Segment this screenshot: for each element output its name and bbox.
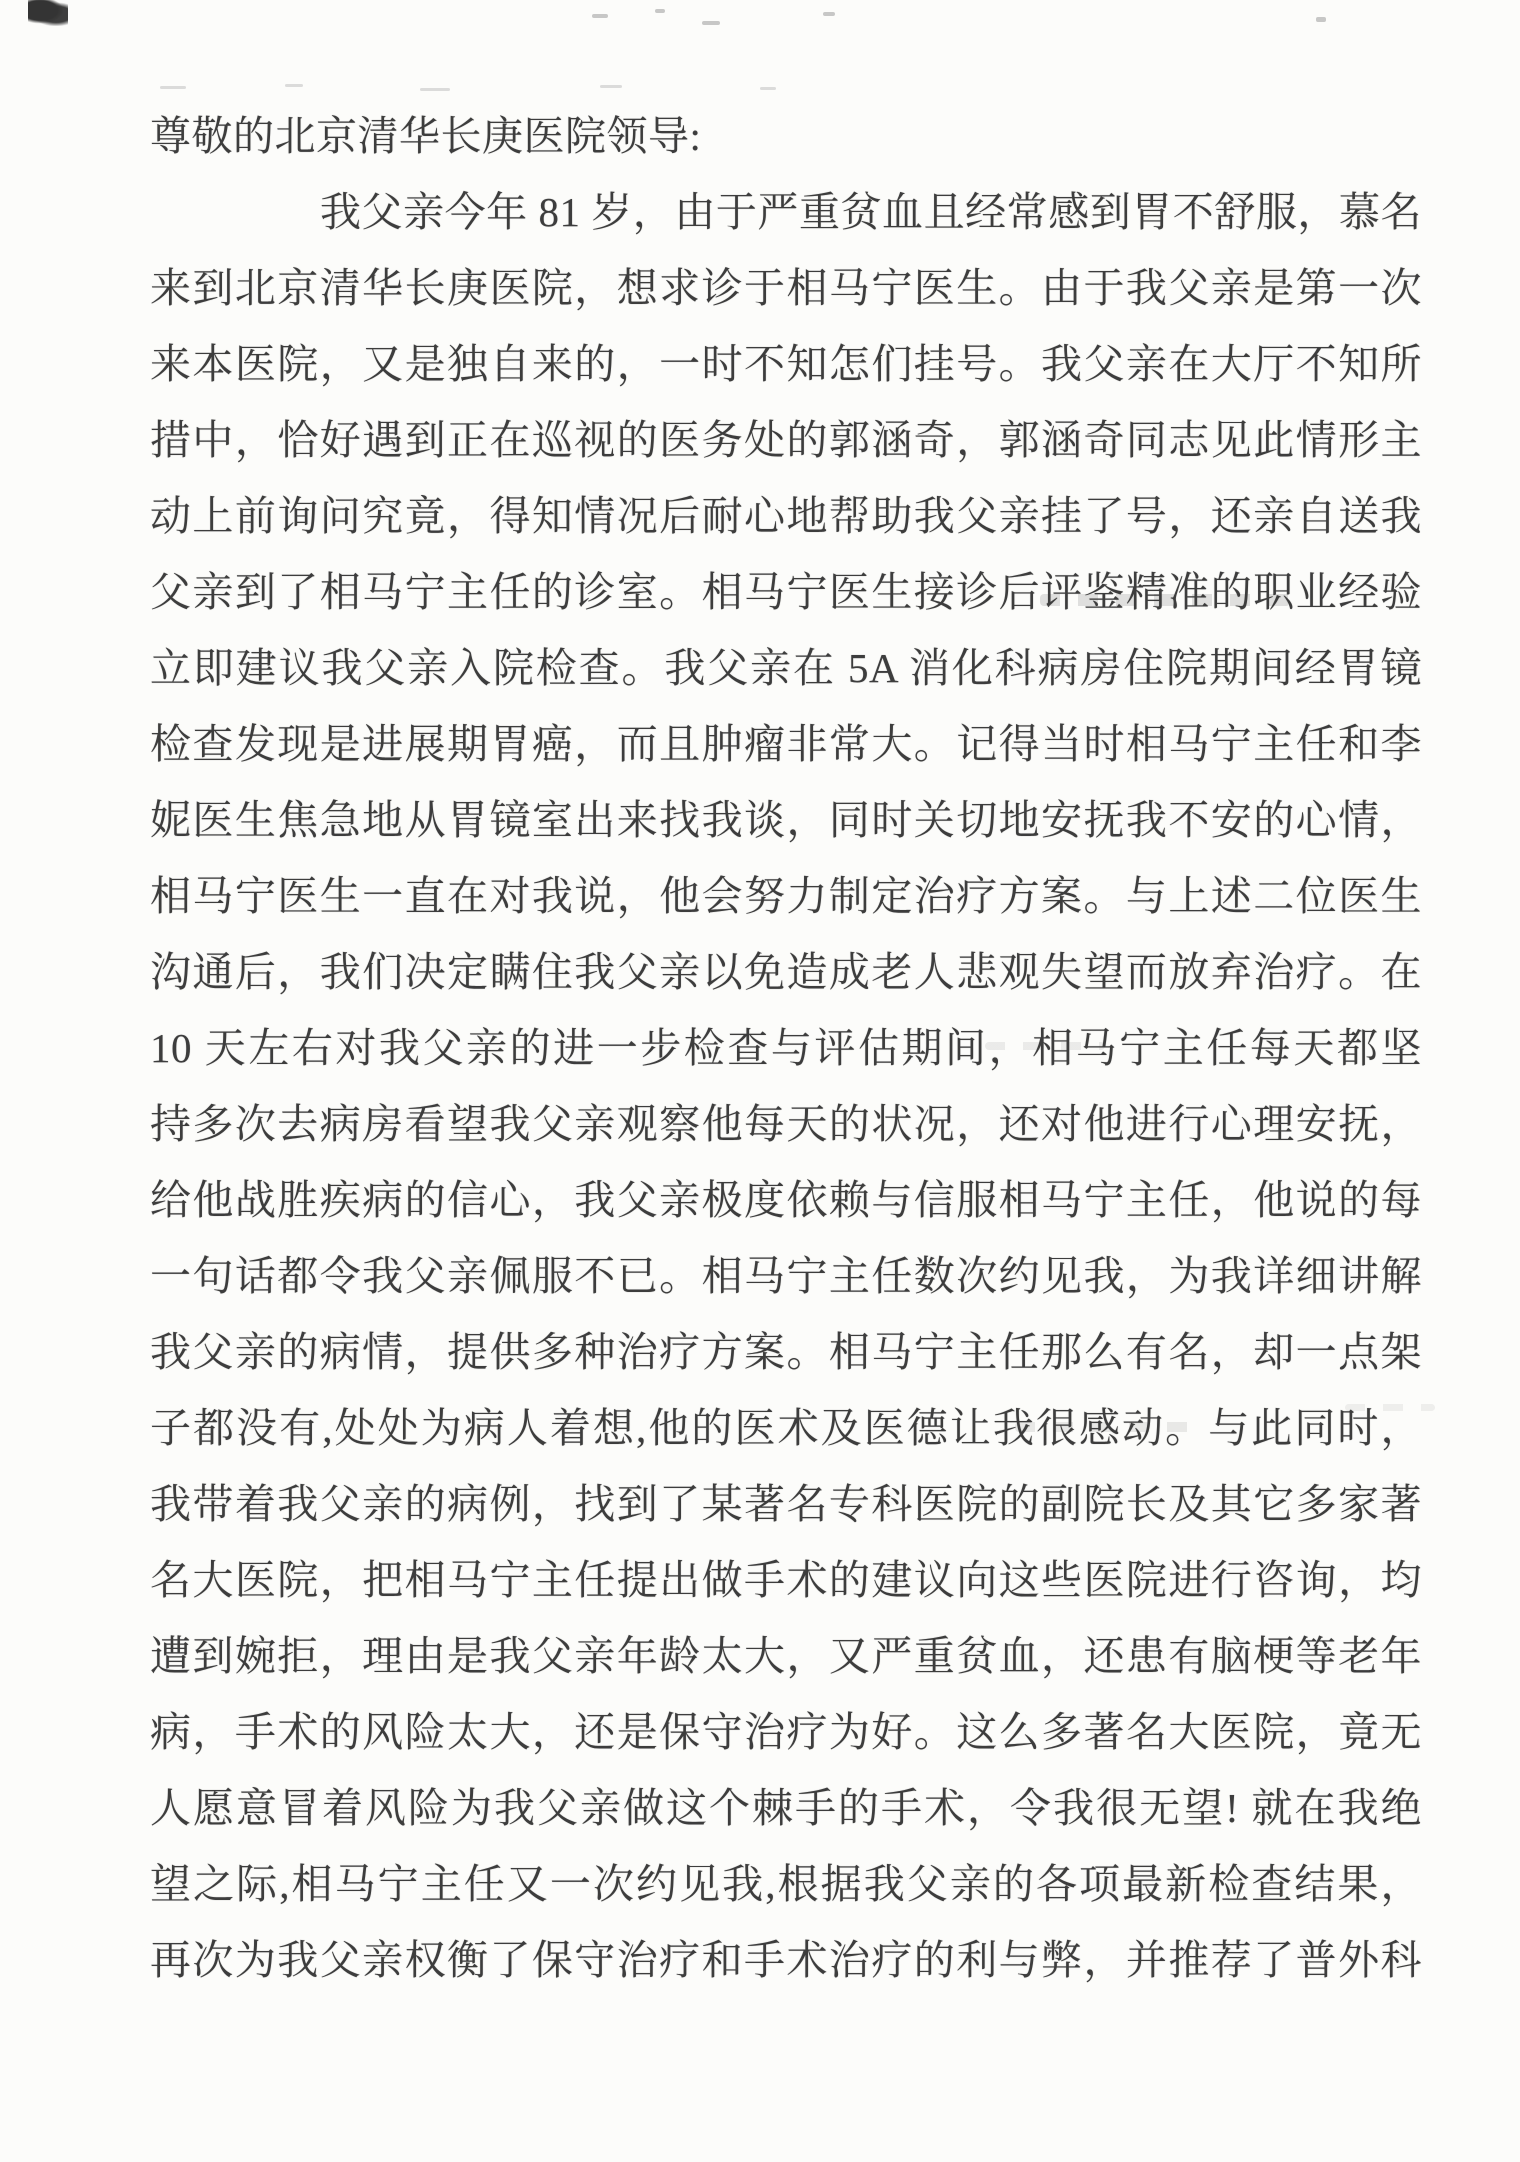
letter-line: 我带着我父亲的病例，找到了某著名专科医院的副院长及其它多家著 xyxy=(150,1466,1422,1542)
scan-artifact-speck xyxy=(655,9,665,13)
letter-line: 措中，恰好遇到正在巡视的医务处的郭涵奇，郭涵奇同志见此情形主 xyxy=(150,402,1422,478)
letter-body: 尊敬的北京清华长庚医院领导: 我父亲今年 81 岁，由于严重贫血且经常感到胃不舒… xyxy=(150,98,1422,1998)
letter-line: 名大医院，把相马宁主任提出做手术的建议向这些医院进行咨询，均 xyxy=(150,1542,1422,1618)
letter-line: 我父亲今年 81 岁，由于严重贫血且经常感到胃不舒服，慕名 xyxy=(150,174,1422,250)
scan-artifact-corner-blob xyxy=(28,0,68,26)
scan-artifact-dash xyxy=(160,86,186,89)
letter-line: 病，手术的风险太大，还是保守治疗为好。这么多著名大医院，竟无 xyxy=(150,1694,1422,1770)
letter-line: 望之际,相马宁主任又一次约见我,根据我父亲的各项最新检查结果， xyxy=(150,1846,1422,1922)
scan-artifact-dash xyxy=(285,84,303,87)
letter-line: 沟通后，我们决定瞒住我父亲以免造成老人悲观失望而放弃治疗。在 xyxy=(150,934,1422,1010)
scan-artifact-speck xyxy=(592,14,608,18)
letter-line: 给他战胜疾病的信心，我父亲极度依赖与信服相马宁主任，他说的每 xyxy=(150,1162,1422,1238)
letter-line: 持多次去病房看望我父亲观察他每天的状况，还对他进行心理安抚， xyxy=(150,1086,1422,1162)
letter-line: 我父亲的病情，提供多种治疗方案。相马宁主任那么有名，却一点架 xyxy=(150,1314,1422,1390)
letter-line: 立即建议我父亲入院检查。我父亲在 5A 消化科病房住院期间经胃镜 xyxy=(150,630,1422,706)
scan-artifact-speck xyxy=(823,12,835,16)
letter-paragraph: 我父亲今年 81 岁，由于严重贫血且经常感到胃不舒服，慕名来到北京清华长庚医院，… xyxy=(150,174,1422,1998)
scan-artifact-dash xyxy=(600,85,622,88)
letter-line: 遭到婉拒，理由是我父亲年龄太大，又严重贫血，还患有脑梗等老年 xyxy=(150,1618,1422,1694)
scanned-letter-page: 尊敬的北京清华长庚医院领导: 我父亲今年 81 岁，由于严重贫血且经常感到胃不舒… xyxy=(0,0,1520,2162)
letter-line: 10 天左右对我父亲的进一步检查与评估期间，相马宁主任每天都坚 xyxy=(150,1010,1422,1086)
letter-line: 相马宁医生一直在对我说，他会努力制定治疗方案。与上述二位医生 xyxy=(150,858,1422,934)
letter-line: 妮医生焦急地从胃镜室出来找我谈，同时关切地安抚我不安的心情， xyxy=(150,782,1422,858)
letter-line: 动上前询问究竟，得知情况后耐心地帮助我父亲挂了号，还亲自送我 xyxy=(150,478,1422,554)
scan-artifact-dash xyxy=(760,87,776,90)
letter-line: 来本医院，又是独自来的，一时不知怎们挂号。我父亲在大厅不知所 xyxy=(150,326,1422,402)
letter-line: 子都没有,处处为病人着想,他的医术及医德让我很感动。与此同时， xyxy=(150,1390,1422,1466)
letter-line: 父亲到了相马宁主任的诊室。相马宁医生接诊后评鉴精准的职业经验 xyxy=(150,554,1422,630)
letter-line: 一句话都令我父亲佩服不已。相马宁主任数次约见我，为我详细讲解 xyxy=(150,1238,1422,1314)
letter-line: 再次为我父亲权衡了保守治疗和手术治疗的利与弊，并推荐了普外科 xyxy=(150,1922,1422,1998)
scan-artifact-speck xyxy=(702,21,720,25)
letter-line: 人愿意冒着风险为我父亲做这个棘手的手术，令我很无望! 就在我绝 xyxy=(150,1770,1422,1846)
letter-salutation: 尊敬的北京清华长庚医院领导: xyxy=(150,98,1422,174)
letter-line: 检查发现是进展期胃癌，而且肿瘤非常大。记得当时相马宁主任和李 xyxy=(150,706,1422,782)
scan-artifact-speck xyxy=(1316,17,1326,22)
letter-line: 来到北京清华长庚医院，想求诊于相马宁医生。由于我父亲是第一次 xyxy=(150,250,1422,326)
scan-artifact-dash xyxy=(420,88,450,91)
